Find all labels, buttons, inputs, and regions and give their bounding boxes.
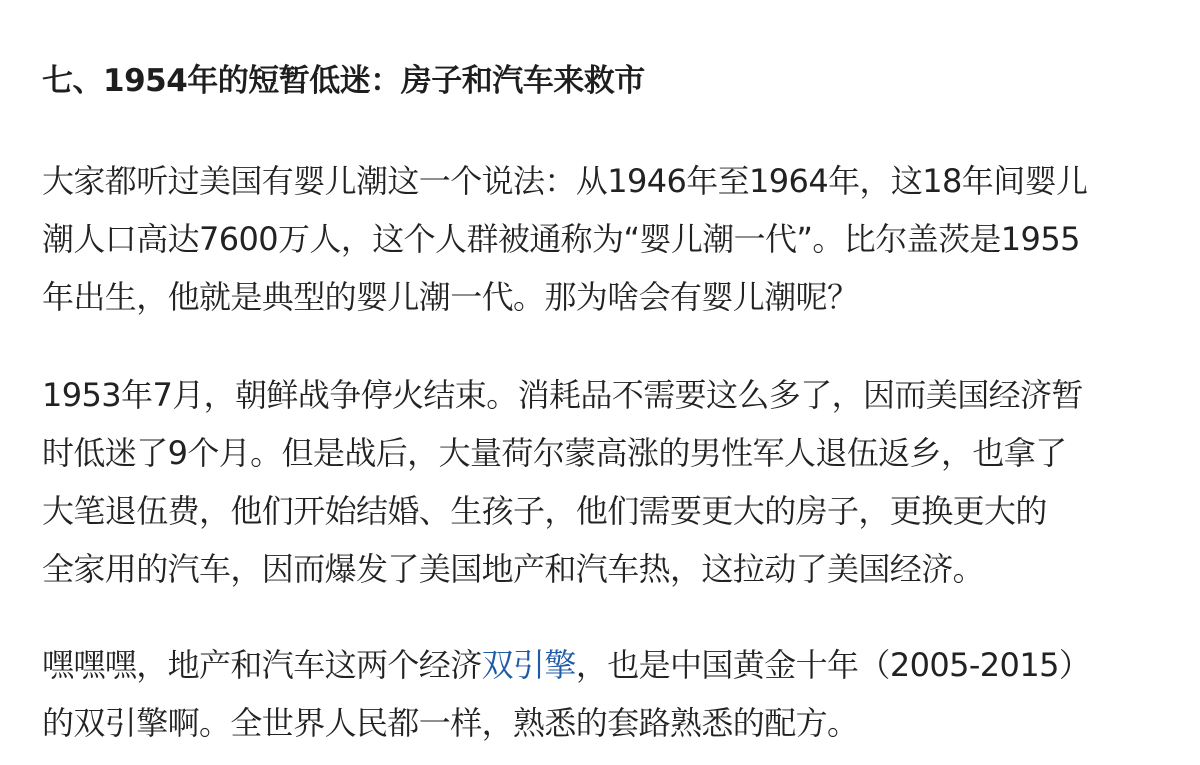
text-line: 嘿嘿嘿，地产和汽车这两个经济双引擎，也是中国黄金十年（2005-2015） xyxy=(42,636,1162,694)
text-line: 年出生，他就是典型的婴儿潮一代。那为啥会有婴儿潮呢？ xyxy=(42,268,1162,326)
text-line: 的双引擎啊。全世界人民都一样，熟悉的套路熟悉的配方。 xyxy=(42,694,1162,752)
text-line: 时低迷了9个月。但是战后，大量荷尔蒙高涨的男性军人退伍返乡，也拿了 xyxy=(42,424,1162,482)
text-after-link: ，也是中国黄金十年（2005-2015） xyxy=(576,646,1090,684)
text-line: 1953年7月，朝鲜战争停火结束。消耗品不需要这么多了，因而美国经济暂 xyxy=(42,366,1162,424)
text-line: 大家都听过美国有婴儿潮这一个说法：从1946年至1964年，这18年间婴儿 xyxy=(42,152,1162,210)
paragraph-double-engine: 嘿嘿嘿，地产和汽车这两个经济双引擎，也是中国黄金十年（2005-2015） 的双… xyxy=(42,636,1162,752)
text-line: 潮人口高达7600万人，这个人群被通称为“婴儿潮一代”。比尔盖茨是1955 xyxy=(42,210,1162,268)
text-before-link: 嘿嘿嘿，地产和汽车这两个经济 xyxy=(42,646,482,684)
text-line: 大笔退伍费，他们开始结婚、生孩子，他们需要更大的房子，更换更大的 xyxy=(42,482,1162,540)
double-engine-link[interactable]: 双引擎 xyxy=(482,646,576,684)
paragraph-baby-boom: 大家都听过美国有婴儿潮这一个说法：从1946年至1964年，这18年间婴儿 潮人… xyxy=(42,152,1162,326)
section-heading: 七、1954年的短暂低迷：房子和汽车来救市 xyxy=(42,58,645,104)
text-line: 全家用的汽车，因而爆发了美国地产和汽车热，这拉动了美国经济。 xyxy=(42,540,1162,598)
paragraph-korean-war: 1953年7月，朝鲜战争停火结束。消耗品不需要这么多了，因而美国经济暂 时低迷了… xyxy=(42,366,1162,598)
